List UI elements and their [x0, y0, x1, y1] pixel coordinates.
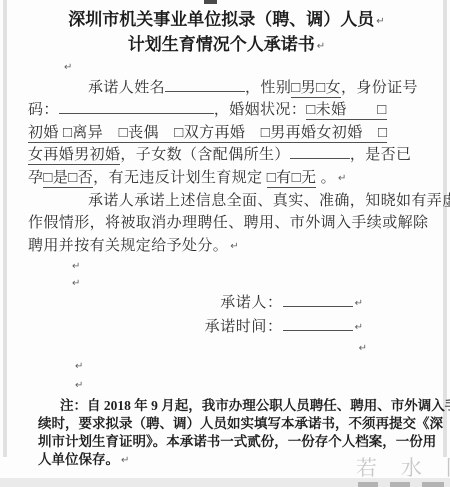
field-label-children: ，子女数（含配偶所生） — [120, 147, 289, 163]
note-line: 圳市计划生育证明》。本承诺书一式贰份，一份存个人档案，一份用 — [38, 433, 425, 451]
pilcrow-mark: ↵ — [336, 173, 346, 184]
checkbox-options-marital-end: 女再婚男初婚 — [28, 147, 120, 165]
cutoff-watermark-fragment — [390, 482, 410, 487]
page-edge-right — [443, 0, 447, 457]
pilcrow-mark: ↵ — [70, 261, 80, 272]
sentence-end: 。 — [316, 170, 336, 186]
document-page: 深圳市机关事业单位拟录（聘、调）人员↵ 计划生育情况个人承诺书↵ ↵ 承诺人姓名… — [28, 8, 425, 470]
document-title-line-1: 深圳市机关事业单位拟录（聘、调）人员↵ — [28, 8, 425, 33]
blank-field-id-number — [59, 100, 214, 114]
cutoff-watermark-fragment — [422, 482, 444, 487]
form-line: 码：，婚姻状况：□未婚 □ — [28, 99, 425, 121]
cutoff-watermark-fragment — [358, 482, 378, 487]
signature-name-label: 承诺人： — [220, 295, 282, 311]
field-label-id: ，身份证号 — [341, 80, 418, 96]
pilcrow-mark: ↵ — [315, 41, 325, 52]
blank-field-children-count — [290, 145, 350, 159]
signature-date-label: 承诺时间： — [205, 319, 283, 335]
blank-field-name — [165, 78, 245, 92]
field-label-name: 承诺人姓名 — [88, 80, 165, 96]
pilcrow-mark: ↵ — [353, 322, 363, 333]
page-edge-left — [3, 0, 7, 457]
checkbox-options-gender: □男□女 — [291, 80, 341, 98]
pilcrow-mark: ↵ — [228, 241, 238, 252]
pilcrow-mark: ↵ — [357, 343, 367, 354]
commitment-paragraph-line: 作假情形，将被取消办理聘任、聘用、市外调入手续或解除 — [28, 212, 425, 234]
checkbox-options-pregnant: □是□否 — [43, 170, 93, 188]
paragraph-text: 聘用并按有关规定给予处分。 — [28, 238, 228, 254]
empty-paragraph: ↵ — [28, 357, 425, 376]
pilcrow-mark: ↵ — [73, 380, 83, 391]
form-line: 女再婚男初婚，子女数（含配偶所生），是否已 — [28, 144, 425, 166]
form-line: 承诺人姓名，性别□男□女，身份证号 — [28, 77, 425, 99]
pilcrow-mark: ↵ — [62, 62, 72, 73]
title-text: 计划生育情况个人承诺书 — [128, 35, 315, 54]
field-label-pregnant-cont: 孕 — [28, 170, 43, 186]
field-label-gender: ，性别 — [245, 80, 291, 96]
field-label-pregnant: ，是否已 — [350, 147, 412, 163]
note-line: 续时，要求拟录（聘、调）人员如实填写本承诺书，不须再提交《深 — [38, 415, 425, 433]
empty-paragraph: ↵ — [28, 275, 425, 292]
commitment-paragraph-line: 聘用并按有关规定给予处分。↵ — [28, 235, 425, 258]
form-line: 初婚 □离异 □丧偶 □双方再婚 □男再婚女初婚 □ — [28, 122, 425, 144]
commitment-paragraph-line: 承诺人承诺上述信息全面、真实、准确，知晓如有弄虚 — [28, 190, 425, 212]
blank-field-signature-date — [283, 317, 353, 331]
pilcrow-mark: ↵ — [353, 298, 363, 309]
empty-paragraph: ↵ — [28, 258, 425, 275]
cutoff-content-fragment-top — [204, 0, 217, 4]
blank-field-signature-name — [283, 293, 353, 307]
field-label-id-cont: 码： — [28, 102, 59, 118]
signature-name-line: 承诺人：↵ — [28, 292, 425, 316]
pilcrow-mark: ↵ — [374, 16, 384, 27]
empty-paragraph: ↵ — [28, 376, 425, 395]
empty-paragraph: ↵ — [28, 58, 425, 77]
checkbox-options-marital-cont: 初婚 □离异 □丧偶 □双方再婚 □男再婚女初婚 □ — [28, 125, 387, 143]
document-title-line-2: 计划生育情况个人承诺书↵ — [28, 33, 425, 58]
field-label-marital: ，婚姻状况： — [214, 102, 306, 118]
pilcrow-mark: ↵ — [119, 455, 129, 466]
field-label-violation: ，有无违反计划生育规定 — [93, 170, 267, 186]
form-line: 孕□是□否，有无违反计划生育规定 □有□无 。↵ — [28, 167, 425, 190]
checkbox-options-marital: □未婚 □ — [306, 102, 387, 120]
empty-paragraph: ↵ — [28, 339, 425, 357]
signature-date-line: 承诺时间：↵ — [28, 316, 425, 340]
pilcrow-mark: ↵ — [73, 361, 83, 372]
note-text: 人单位保存。 — [38, 452, 119, 467]
watermark: 若 水 网 — [356, 452, 450, 482]
title-text: 深圳市机关事业单位拟录（聘、调）人员 — [68, 10, 374, 29]
pilcrow-mark: ↵ — [70, 278, 80, 289]
checkbox-options-violation: □有□无 — [267, 170, 317, 188]
note-line: 注：自 2018 年 9 月起，我市办理公职人员聘任、聘用、市外调入手 — [38, 397, 425, 415]
